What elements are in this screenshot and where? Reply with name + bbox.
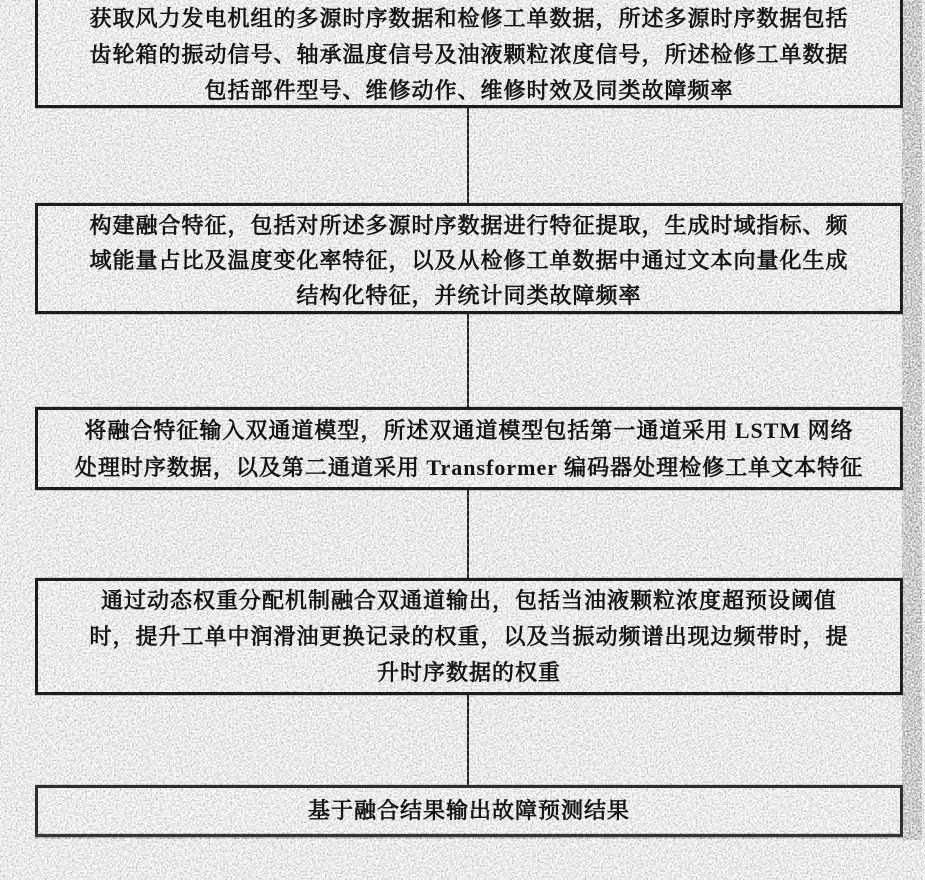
patent-flowchart-figure: 获取风力发电机组的多源时序数据和检修工单数据，所述多源时序数据包括 齿轮箱的振动…	[0, 0, 925, 880]
flow-step-3-dual-channel-model-box: 将融合特征输入双通道模型，所述双通道模型包括第一通道采用 LSTM 网络 处理时…	[35, 407, 903, 490]
flow-step-3-text: 将融合特征输入双通道模型，所述双通道模型包括第一通道采用 LSTM 网络 处理时…	[38, 410, 900, 486]
connector-step-4-to-5	[467, 695, 469, 785]
connector-step-3-to-4	[467, 490, 469, 578]
flow-step-2-text: 构建融合特征，包括对所述多源时序数据进行特征提取，生成时域指标、频 域能量占比及…	[38, 206, 900, 313]
flow-step-1-text: 获取风力发电机组的多源时序数据和检修工单数据，所述多源时序数据包括 齿轮箱的振动…	[38, 0, 900, 108]
flow-step-4-text: 通过动态权重分配机制融合双通道输出，包括当油液颗粒浓度超预设阈值 时，提升工单中…	[38, 581, 900, 691]
flow-step-4-dynamic-weight-fusion-box: 通过动态权重分配机制融合双通道输出，包括当油液颗粒浓度超预设阈值 时，提升工单中…	[35, 578, 903, 695]
connector-step-2-to-3	[467, 314, 469, 407]
connector-step-1-to-2	[467, 108, 469, 203]
flow-step-5-output-prediction-box: 基于融合结果输出故障预测结果	[35, 785, 903, 837]
flowchart: 获取风力发电机组的多源时序数据和检修工单数据，所述多源时序数据包括 齿轮箱的振动…	[0, 0, 925, 880]
flow-step-5-text: 基于融合结果输出故障预测结果	[38, 788, 900, 833]
flow-step-1-acquire-data-box: 获取风力发电机组的多源时序数据和检修工单数据，所述多源时序数据包括 齿轮箱的振动…	[35, 0, 903, 108]
flow-step-2-build-features-box: 构建融合特征，包括对所述多源时序数据进行特征提取，生成时域指标、频 域能量占比及…	[35, 203, 903, 314]
